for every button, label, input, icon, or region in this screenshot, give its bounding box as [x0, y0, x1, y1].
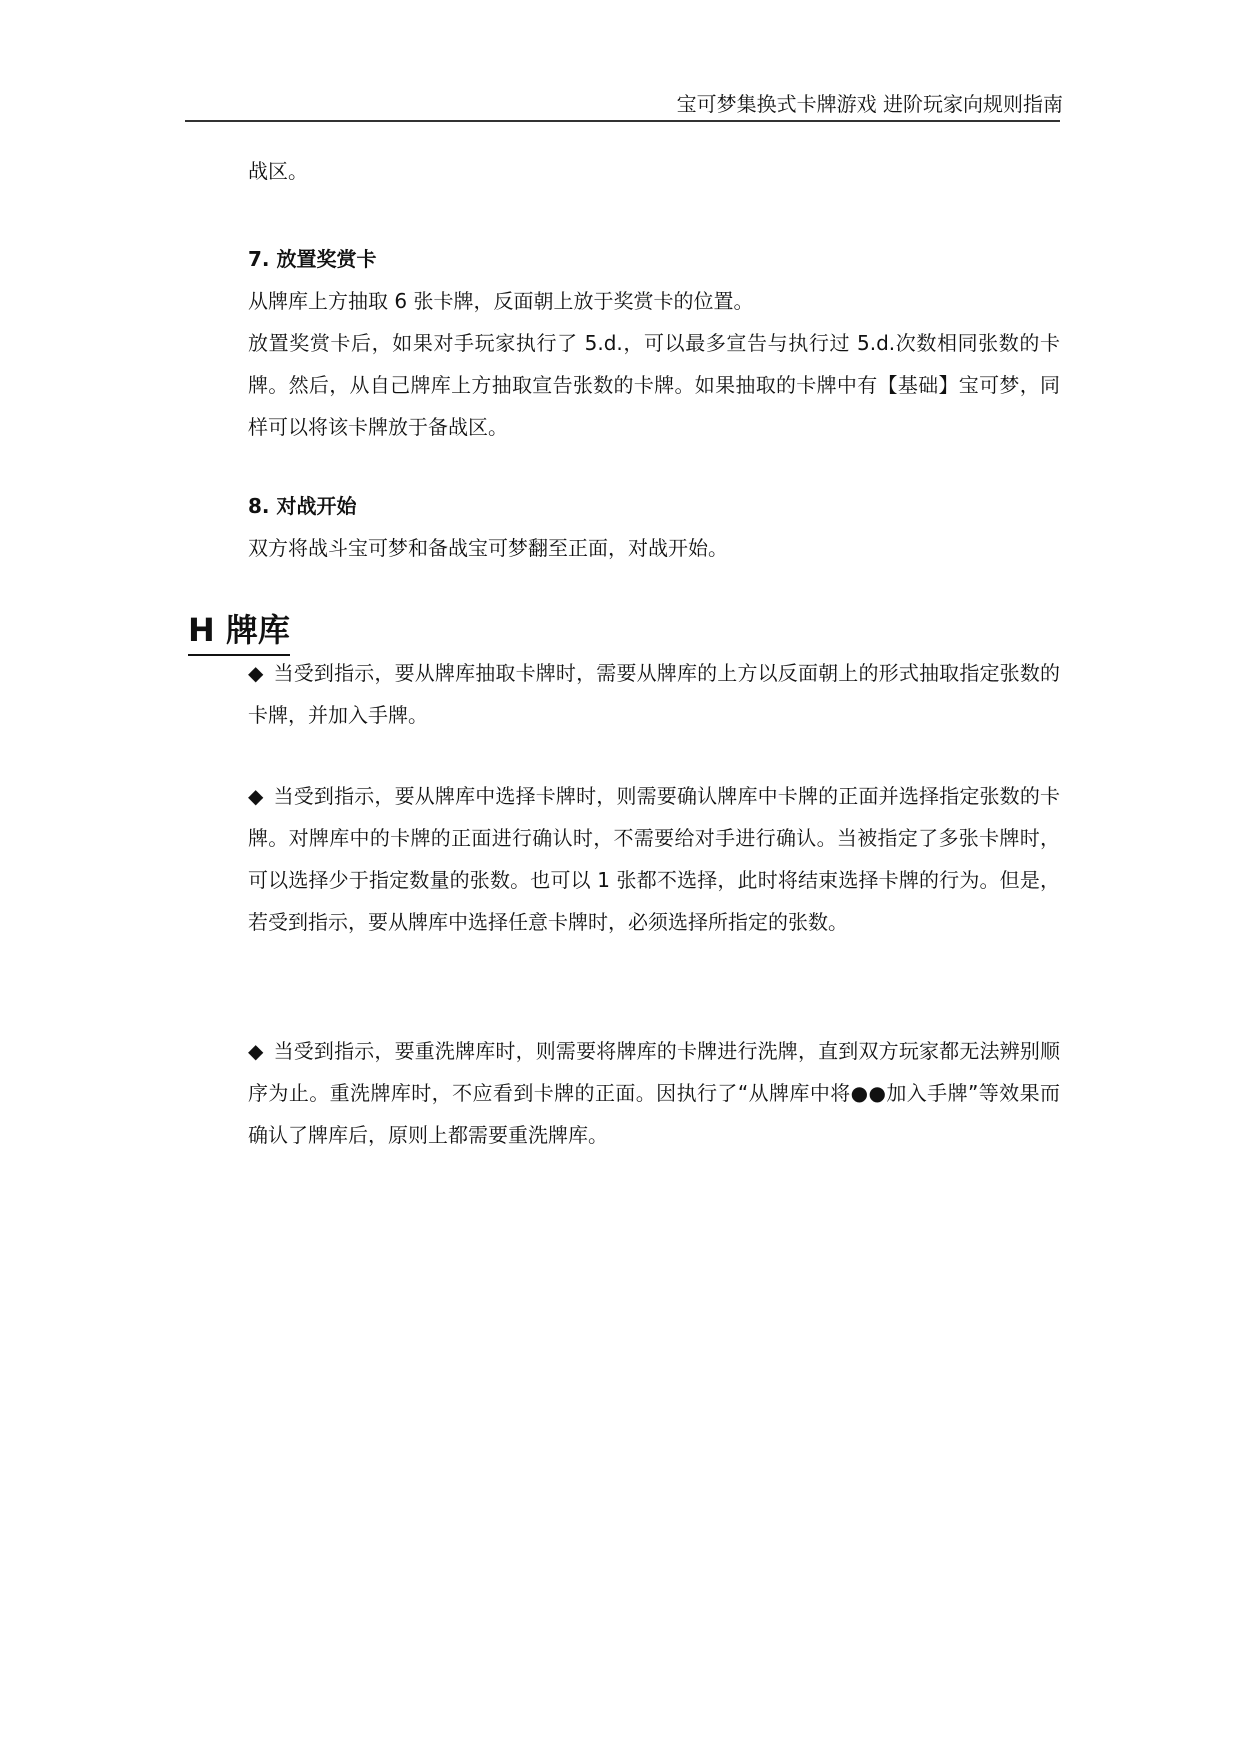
deck-bullet-2: ◆当受到指示，要从牌库中选择卡牌时，则需要确认牌库中卡牌的正面并选择指定张数的卡… [248, 775, 1060, 943]
deck-bullet-3-text: 当受到指示，要重洗牌库时，则需要将牌库的卡牌进行洗牌，直到双方玩家都无法辨别顺序… [248, 1039, 1060, 1147]
deck-bullet-3: ◆当受到指示，要重洗牌库时，则需要将牌库的卡牌进行洗牌，直到双方玩家都无法辨别顺… [248, 1030, 1060, 1156]
section-h-heading: H 牌库 [188, 610, 290, 656]
deck-bullet-2-text: 当受到指示，要从牌库中选择卡牌时，则需要确认牌库中卡牌的正面并选择指定张数的卡牌… [248, 784, 1060, 934]
diamond-bullet-icon: ◆ [248, 1039, 264, 1063]
deck-bullet-1-text: 当受到指示，要从牌库抽取卡牌时，需要从牌库的上方以反面朝上的形式抽取指定张数的卡… [248, 661, 1060, 727]
continuation-text: 战区。 [248, 150, 1060, 192]
deck-bullet-1: ◆当受到指示，要从牌库抽取卡牌时，需要从牌库的上方以反面朝上的形式抽取指定张数的… [248, 652, 1060, 736]
header-divider [185, 120, 1060, 122]
step8-line-1: 双方将战斗宝可梦和备战宝可梦翻至正面，对战开始。 [248, 527, 1060, 569]
step7-line-2: 放置奖赏卡后，如果对手玩家执行了 5.d.，可以最多宣告与执行过 5.d.次数相… [248, 322, 1060, 448]
step7-heading: 7. 放置奖赏卡 [248, 238, 1060, 280]
diamond-bullet-icon: ◆ [248, 661, 264, 685]
diamond-bullet-icon: ◆ [248, 784, 264, 808]
step7-line-1: 从牌库上方抽取 6 张卡牌，反面朝上放于奖赏卡的位置。 [248, 280, 1060, 322]
header-title: 宝可梦集换式卡牌游戏 进阶玩家向规则指南 [677, 88, 1063, 117]
step8-heading: 8. 对战开始 [248, 485, 1060, 527]
